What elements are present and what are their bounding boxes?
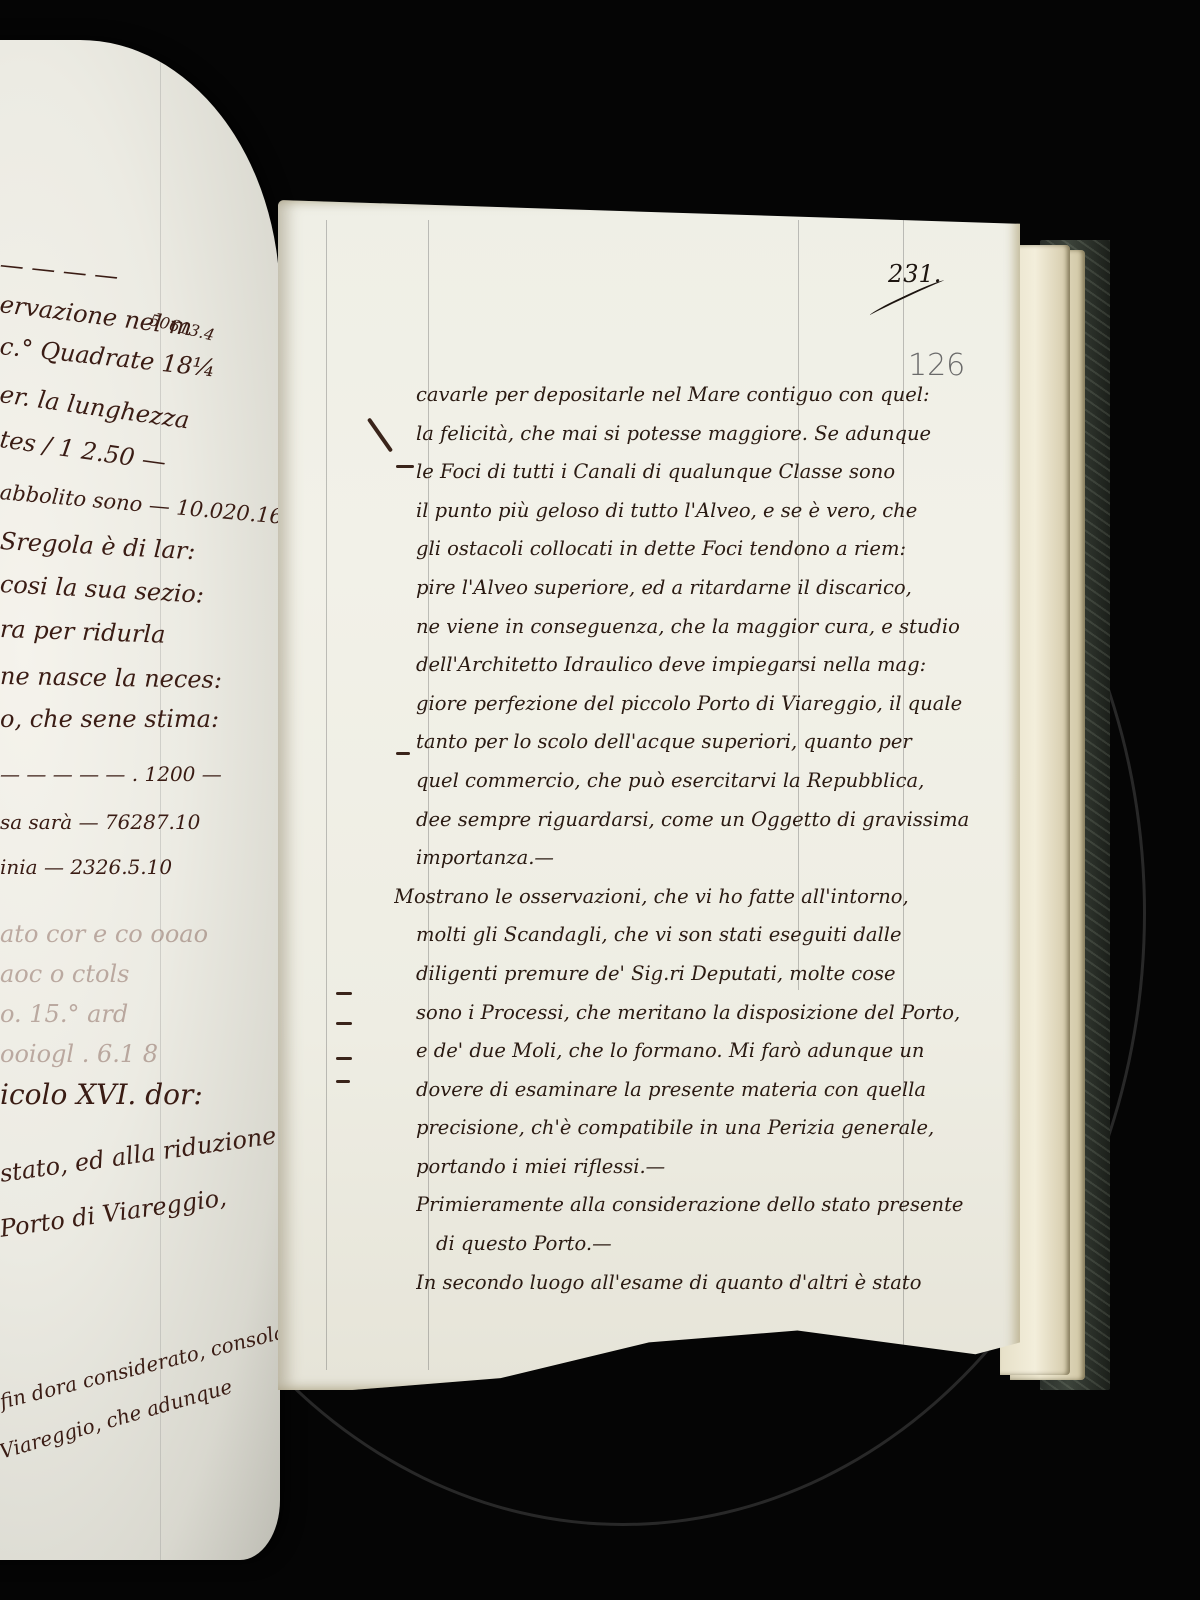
text-line: dovere di esaminare la presente materia … bbox=[416, 1071, 976, 1110]
left-line: er. la lunghezza bbox=[0, 380, 191, 434]
left-line: ne nasce la neces: bbox=[0, 662, 222, 694]
text-line: In secondo luogo all'esame di quanto d'a… bbox=[416, 1271, 921, 1294]
margin-dash bbox=[336, 1080, 350, 1083]
text-line: molti gli Scandagli, che vi son stati es… bbox=[416, 916, 976, 955]
ruling-line bbox=[326, 220, 327, 1370]
margin-dash bbox=[336, 1022, 352, 1025]
left-line: — — — — bbox=[0, 250, 120, 290]
left-line: tes / 1 2.50 — bbox=[0, 425, 168, 476]
numbered-line: 1. Primieramente alla considerazione del… bbox=[416, 1186, 976, 1225]
left-line: sa sarà — 76287.10 bbox=[0, 810, 200, 834]
article-heading: icolo XVI. dor: bbox=[0, 1078, 203, 1111]
left-bleedthrough: ooiogl . 6.1 8 bbox=[0, 1040, 158, 1068]
text-line: portando i miei riflessi.— bbox=[416, 1148, 976, 1187]
left-line: o, che sene stima: bbox=[0, 705, 219, 733]
text-line: tanto per lo scolo dell'acque superiori,… bbox=[416, 723, 976, 762]
text-line: giore perfezione del piccolo Porto di Vi… bbox=[416, 685, 976, 724]
manuscript-photo: — — — — ervazione nel m 50613.4 c.° Quad… bbox=[0, 0, 1200, 1600]
text-line: diligenti premure de' Sig.ri Deputati, m… bbox=[416, 955, 976, 994]
left-line: Porto di Viareggio, bbox=[0, 1183, 228, 1243]
text-line: le Foci di tutti i Canali di qualunque C… bbox=[416, 453, 976, 492]
left-line: abbolito sono — 10.020.16.8 bbox=[0, 480, 280, 530]
text-line: Primieramente alla considerazione dello … bbox=[416, 1193, 963, 1216]
left-line: Sregola è di lar: bbox=[0, 527, 196, 565]
manuscript-body: cavarle per depositarle nel Mare contigu… bbox=[416, 376, 976, 1302]
numbered-line: 2. In secondo luogo all'esame di quanto … bbox=[416, 1264, 976, 1303]
left-line: cosi la sua sezio: bbox=[0, 570, 205, 609]
text-line: dee sempre riguardarsi, come un Oggetto … bbox=[416, 801, 976, 840]
left-line: stato, ed alla riduzione, che bbox=[0, 1113, 280, 1188]
text-line: dell'Architetto Idraulico deve impiegars… bbox=[416, 646, 976, 685]
left-page: — — — — ervazione nel m 50613.4 c.° Quad… bbox=[0, 40, 280, 1560]
text-line: ne viene in conseguenza, che la maggior … bbox=[416, 608, 976, 647]
left-line: ra per ridurla bbox=[0, 615, 166, 649]
ruling-line bbox=[160, 40, 161, 1560]
text-line: il punto più geloso di tutto l'Alveo, e … bbox=[416, 492, 976, 531]
left-line: — — — — — . 1200 — bbox=[0, 762, 222, 786]
left-bleedthrough: aoc o ctols bbox=[0, 960, 129, 988]
left-bleedthrough: o. 15.° ard bbox=[0, 1000, 128, 1028]
margin-dash bbox=[396, 752, 410, 755]
text-line: di questo Porto.— bbox=[416, 1225, 976, 1264]
margin-dash bbox=[336, 992, 352, 995]
text-line: sono i Processi, che meritano la disposi… bbox=[416, 994, 976, 1033]
text-line: pire l'Alveo superiore, ed a ritardarne … bbox=[416, 569, 976, 608]
text-line: quel commercio, che può esercitarvi la R… bbox=[416, 762, 976, 801]
left-bleedthrough: ato cor e co ooao bbox=[0, 920, 208, 948]
right-page: 231. 126 cavarle per depositarle nel Mar… bbox=[278, 200, 1020, 1390]
left-line: inia — 2326.5.10 bbox=[0, 855, 172, 879]
margin-stroke bbox=[367, 417, 393, 452]
text-line: gli ostacoli collocati in dette Foci ten… bbox=[416, 530, 976, 569]
margin-dash bbox=[336, 1057, 352, 1060]
text-line: Mostrano le osservazioni, che vi ho fatt… bbox=[394, 878, 976, 917]
margin-dash bbox=[396, 465, 414, 468]
text-line: cavarle per depositarle nel Mare contigu… bbox=[416, 376, 976, 415]
text-line: la felicità, che mai si potesse maggiore… bbox=[416, 415, 976, 454]
text-line: importanza.— bbox=[416, 839, 976, 878]
text-line: e de' due Moli, che lo formano. Mi farò … bbox=[416, 1032, 976, 1071]
text-line: precisione, ch'è compatibile in una Peri… bbox=[416, 1109, 976, 1148]
